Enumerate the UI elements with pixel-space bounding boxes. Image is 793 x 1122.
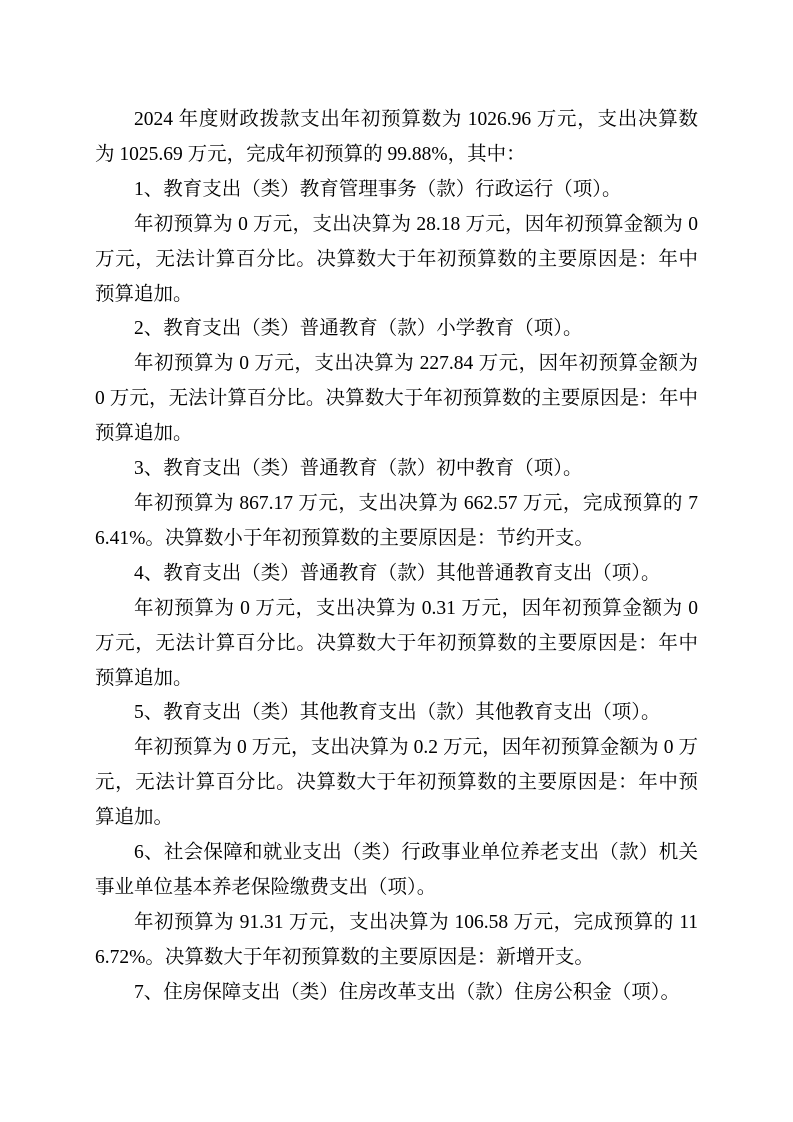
paragraph-item-4-detail: 年初预算为 0 万元，支出决算为 0.31 万元，因年初预算金额为 0 万元，无… [95, 592, 698, 697]
paragraph-item-1-heading: 1、教育支出（类）教育管理事务（款）行政运行（项）。 [95, 173, 698, 208]
paragraph-item-5-heading: 5、教育支出（类）其他教育支出（款）其他教育支出（项）。 [95, 696, 698, 731]
document-body: 2024 年度财政拨款支出年初预算数为 1026.96 万元，支出决算数为 10… [95, 103, 698, 1011]
paragraph-item-2-heading: 2、教育支出（类）普通教育（款）小学教育（项）。 [95, 312, 698, 347]
paragraph-item-1-detail: 年初预算为 0 万元，支出决算为 28.18 万元，因年初预算金额为 0 万元，… [95, 208, 698, 313]
paragraph-item-7-heading: 7、住房保障支出（类）住房改革支出（款）住房公积金（项）。 [95, 976, 698, 1011]
paragraph-item-6-heading: 6、社会保障和就业支出（类）行政事业单位养老支出（款）机关事业单位基本养老保险缴… [95, 836, 698, 906]
document-page: 2024 年度财政拨款支出年初预算数为 1026.96 万元，支出决算数为 10… [0, 0, 793, 1122]
paragraph-summary: 2024 年度财政拨款支出年初预算数为 1026.96 万元，支出决算数为 10… [95, 103, 698, 173]
paragraph-item-4-heading: 4、教育支出（类）普通教育（款）其他普通教育支出（项）。 [95, 557, 698, 592]
paragraph-item-3-detail: 年初预算为 867.17 万元，支出决算为 662.57 万元，完成预算的 76… [95, 487, 698, 557]
paragraph-item-5-detail: 年初预算为 0 万元，支出决算为 0.2 万元，因年初预算金额为 0 万元，无法… [95, 731, 698, 836]
paragraph-item-2-detail: 年初预算为 0 万元，支出决算为 227.84 万元，因年初预算金额为 0 万元… [95, 347, 698, 452]
paragraph-item-3-heading: 3、教育支出（类）普通教育（款）初中教育（项）。 [95, 452, 698, 487]
paragraph-item-6-detail: 年初预算为 91.31 万元，支出决算为 106.58 万元，完成预算的 116… [95, 906, 698, 976]
